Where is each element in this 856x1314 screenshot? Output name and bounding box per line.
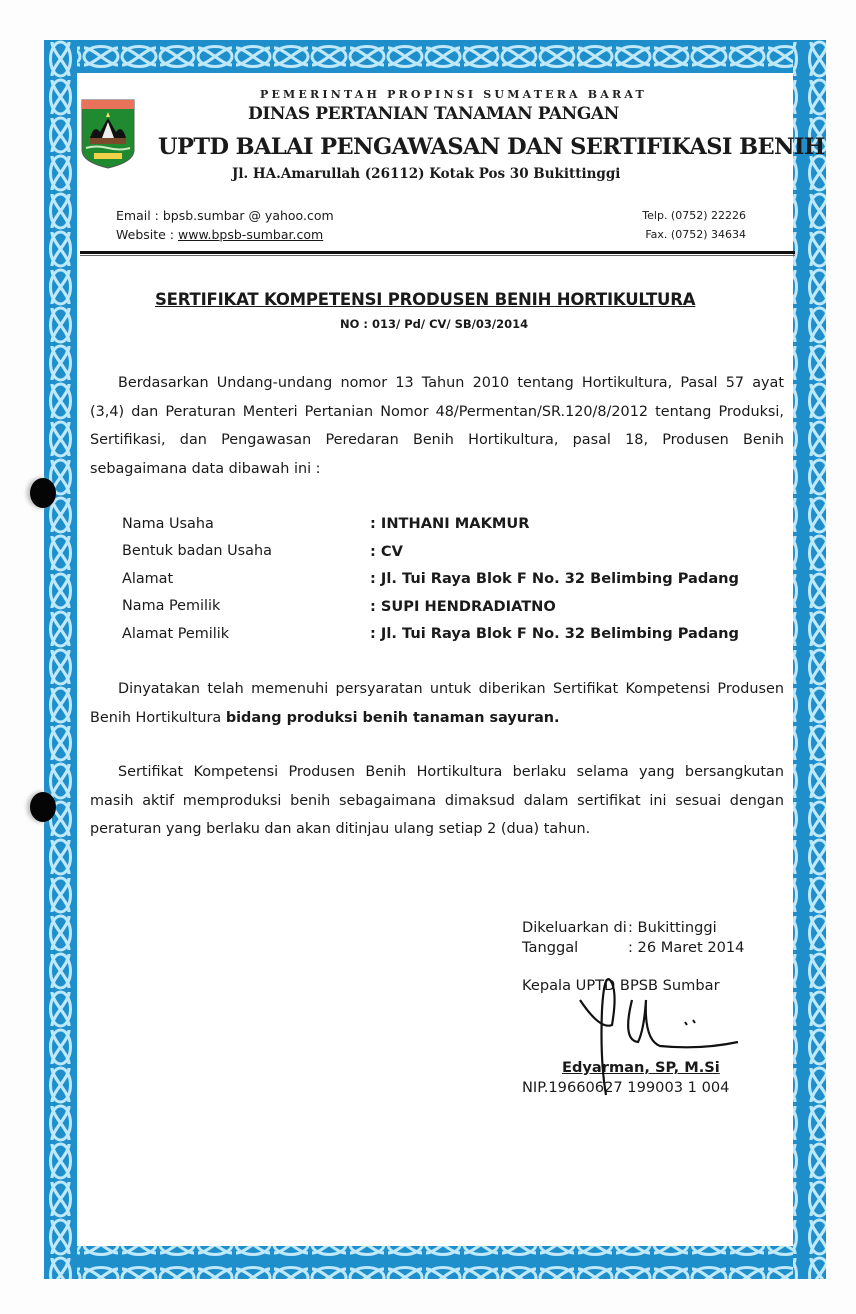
- contact-online: Email : bpsb.sumbar @ yahoo.com Website …: [116, 206, 334, 244]
- producer-data: Nama Usaha: INTHANI MAKMUR Bentuk badan …: [122, 510, 739, 648]
- field-value: : SUPI HENDRADIATNO: [370, 598, 556, 615]
- field-label: Nama Usaha: [122, 516, 370, 532]
- contact-phone: Telp. (0752) 22226 Fax. (0752) 34634: [642, 206, 746, 244]
- email-line: Email : bpsb.sumbar @ yahoo.com: [116, 206, 334, 225]
- agency-header: DINAS PERTANIAN TANAMAN PANGAN: [248, 104, 619, 124]
- office-address: Jl. HA.Amarullah (26112) Kotak Pos 30 Bu…: [232, 166, 620, 182]
- website-link[interactable]: www.bpsb-sumbar.com: [178, 227, 323, 242]
- statement-field: bidang produksi benih tanaman sayuran.: [226, 710, 560, 726]
- field-row: Alamat: Jl. Tui Raya Blok F No. 32 Belim…: [122, 565, 739, 593]
- field-row: Alamat Pemilik: Jl. Tui Raya Blok F No. …: [122, 620, 739, 648]
- field-row: Nama Pemilik: SUPI HENDRADIATNO: [122, 593, 739, 621]
- date-label: Tanggal: [522, 938, 628, 958]
- email-label: Email :: [116, 208, 163, 223]
- certificate-title: SERTIFIKAT KOMPETENSI PRODUSEN BENIH HOR…: [155, 290, 695, 309]
- date-value: : 26 Maret 2014: [628, 938, 744, 958]
- website-line: Website : www.bpsb-sumbar.com: [116, 225, 334, 244]
- validity-paragraph: Sertifikat Kompetensi Produsen Benih Hor…: [90, 758, 784, 844]
- government-header: PEMERINTAH PROPINSI SUMATERA BARAT: [260, 88, 647, 101]
- website-label: Website :: [116, 227, 178, 242]
- field-label: Alamat: [122, 571, 370, 587]
- legal-basis-text: Berdasarkan Undang-undang nomor 13 Tahun…: [90, 375, 784, 477]
- field-label: Bentuk badan Usaha: [122, 543, 370, 559]
- field-value: : Jl. Tui Raya Blok F No. 32 Belimbing P…: [370, 625, 739, 642]
- statement-paragraph: Dinyatakan telah memenuhi persyaratan un…: [90, 675, 784, 732]
- field-row: Bentuk badan Usaha: CV: [122, 538, 739, 566]
- validity-text: Sertifikat Kompetensi Produsen Benih Hor…: [90, 764, 784, 837]
- provincial-emblem-icon: [80, 98, 136, 170]
- field-row: Nama Usaha: INTHANI MAKMUR: [122, 510, 739, 538]
- field-value: : CV: [370, 543, 403, 560]
- field-label: Alamat Pemilik: [122, 626, 370, 642]
- field-value: : Jl. Tui Raya Blok F No. 32 Belimbing P…: [370, 570, 739, 587]
- certificate-number: NO : 013/ Pd/ CV/ SB/03/2014: [340, 317, 528, 331]
- issued-at-row: Dikeluarkan di: Bukittinggi: [522, 918, 744, 938]
- phone-number: Telp. (0752) 22226: [642, 206, 746, 225]
- handwritten-signature-icon: [560, 970, 760, 1100]
- unit-header: UPTD BALAI PENGAWASAN DAN SERTIFIKASI BE…: [158, 134, 825, 160]
- email-address[interactable]: bpsb.sumbar @ yahoo.com: [163, 208, 334, 223]
- letterhead-divider: [80, 251, 795, 254]
- letterhead-divider-thin: [80, 255, 795, 256]
- fax-number: Fax. (0752) 34634: [642, 225, 746, 244]
- field-value: : INTHANI MAKMUR: [370, 515, 529, 532]
- field-label: Nama Pemilik: [122, 598, 370, 614]
- issued-at-value: : Bukittinggi: [628, 918, 717, 938]
- legal-basis-paragraph: Berdasarkan Undang-undang nomor 13 Tahun…: [90, 369, 784, 483]
- date-row: Tanggal: 26 Maret 2014: [522, 938, 744, 958]
- issued-at-label: Dikeluarkan di: [522, 918, 628, 938]
